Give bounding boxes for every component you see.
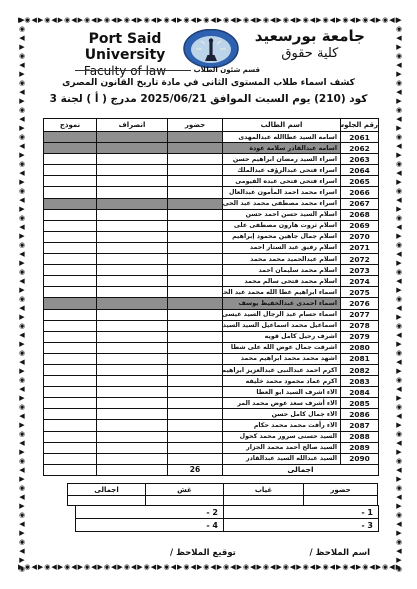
total-label-cell: اجمالى <box>223 464 379 475</box>
seat-cell: 2078 <box>341 320 379 331</box>
attendance-cell <box>168 176 223 187</box>
seat-cell: 2072 <box>341 254 379 265</box>
name-cell: الاء رأفت محمد محمد حكام <box>223 420 341 431</box>
leave-cell <box>97 387 168 398</box>
table-row: 2068اسلام السيد حسن احمد حسن <box>44 209 379 220</box>
seat-cell: 2077 <box>341 309 379 320</box>
attendance-cell <box>168 265 223 276</box>
seat-cell: 2073 <box>341 265 379 276</box>
leave-cell <box>97 165 168 176</box>
attendance-cell <box>168 298 223 309</box>
table-row: 2078اسماعيل محمد اسماعيل السيد السيد اله… <box>44 320 379 331</box>
form-cell <box>44 176 97 187</box>
leave-cell <box>97 265 168 276</box>
seat-cell: 2080 <box>341 342 379 353</box>
students-tbody: 2061اسامه السيد عطاالله عبدالمهدى2062اسا… <box>44 132 379 465</box>
name-cell: اكرم عماد محمود محمد خليفه <box>223 376 341 387</box>
attendance-cell <box>168 198 223 209</box>
attendance-cell <box>168 364 223 375</box>
name-cell: اسماء احمدى عبدالحفيظ يوسف <box>223 298 341 309</box>
leave-cell <box>97 309 168 320</box>
name-header: اسم الطالب <box>223 119 341 132</box>
attendance-cell <box>168 209 223 220</box>
table-row: 2089السيد صالح أحمد محمد الجزار <box>44 442 379 453</box>
table-row: 2086الاء جمال كامل حسن <box>44 409 379 420</box>
attendance-cell <box>168 420 223 431</box>
attendance-cell <box>168 220 223 231</box>
table-row: 2079اشرف رحيل كامل قويه <box>44 331 379 342</box>
attendance-cell <box>168 276 223 287</box>
leave-cell <box>97 420 168 431</box>
form-cell <box>44 265 97 276</box>
seat-cell: 2085 <box>341 398 379 409</box>
seat-cell: 2061 <box>341 132 379 143</box>
leave-cell <box>97 353 168 364</box>
table-row: 2066اسراء محمد احمد المأمون عبدالعال <box>44 187 379 198</box>
name-cell: اسامه عبدالقادر سلامة عودة <box>223 143 341 154</box>
leave-cell <box>97 242 168 253</box>
name-cell: الاء جمال كامل حسن <box>223 409 341 420</box>
department-label: قسم شئون الطلاب <box>194 66 262 74</box>
form-cell <box>44 342 97 353</box>
name-cell: اسلام عبدالحميد محمد محمد <box>223 254 341 265</box>
notes-tbody: 1 -2 -3 -4 - <box>76 506 379 532</box>
name-cell: اسلام السيد حسن احمد حسن <box>223 209 341 220</box>
leave-cell <box>97 143 168 154</box>
form-cell <box>44 409 97 420</box>
leave-cell <box>97 431 168 442</box>
university-name-en: Port Said University <box>55 31 195 63</box>
attendance-cell <box>168 431 223 442</box>
summary-absence-header: غياب <box>224 484 304 496</box>
summary-cheating-header: غش <box>146 484 224 496</box>
table-row: 2090السيد عبدالله السيد عبدالقادر <box>44 453 379 464</box>
name-cell: اسراء فتحى فتحى عبده الفيومى <box>223 176 341 187</box>
name-cell: اسماعيل محمد اسماعيل السيد السيد الهنيدى <box>223 320 341 331</box>
seat-cell: 2076 <box>341 298 379 309</box>
observer-signature-label: توقيع الملاحظ / <box>170 548 236 558</box>
form-cell <box>44 309 97 320</box>
name-cell: اسماء حسام عبد الرجال السيد عيسى <box>223 309 341 320</box>
name-cell: الاء أشرف سعد عوض محمد المر <box>223 398 341 409</box>
seat-cell: 2066 <box>341 187 379 198</box>
seat-cell: 2075 <box>341 287 379 298</box>
seat-cell: 2090 <box>341 453 379 464</box>
seat-cell: 2087 <box>341 420 379 431</box>
notes-table: 1 -2 -3 -4 - <box>75 505 379 532</box>
table-row: 2063اسراء السيد رمضان ابراهيم حسن <box>44 154 379 165</box>
table-row: 2075اسماء ابراهيم عطا الله محمد عبد الحم… <box>44 287 379 298</box>
attendance-sheet-page: ▶◉◀▶◉◀▶◉◀▶◉◀▶◉◀▶◉◀▶◉◀▶◉◀▶◉◀▶◉◀▶◉◀▶◉◀▶◉◀▶… <box>0 0 417 589</box>
name-cell: السيد حسنى سرور محمد كحول <box>223 431 341 442</box>
students-table: رقم الجلوس اسم الطالب حضور انصراف نموذج … <box>43 118 379 476</box>
seat-cell: 2088 <box>341 431 379 442</box>
leave-cell <box>97 209 168 220</box>
attendance-cell <box>168 320 223 331</box>
name-cell: اسراء فتحى عبدالرؤف عبدالملك <box>223 165 341 176</box>
form-cell <box>44 298 97 309</box>
form-cell <box>44 254 97 265</box>
form-cell <box>44 132 97 143</box>
note-cell: 1 - <box>224 506 379 519</box>
form-cell <box>44 198 97 209</box>
seat-cell: 2068 <box>341 209 379 220</box>
form-cell <box>44 220 97 231</box>
seat-cell: 2082 <box>341 364 379 375</box>
table-row: 2080اشرقت جمال عوض الله على شطا <box>44 342 379 353</box>
name-cell: اسلام ثروت هارون مصطفى على <box>223 220 341 231</box>
attendance-cell <box>168 353 223 364</box>
observer-name-label: اسم الملاحظ / <box>310 548 370 558</box>
name-cell: اسامه السيد عطاالله عبدالمهدى <box>223 132 341 143</box>
leave-cell <box>97 409 168 420</box>
attendance-cell <box>168 254 223 265</box>
attendance-cell <box>168 154 223 165</box>
form-cell <box>44 420 97 431</box>
attendance-cell <box>168 143 223 154</box>
leave-cell <box>97 442 168 453</box>
leave-cell <box>97 220 168 231</box>
leave-cell <box>97 187 168 198</box>
note-cell: 2 - <box>76 506 224 519</box>
summary-total-header: اجمالى <box>68 484 146 496</box>
attendance-cell <box>168 342 223 353</box>
leave-cell <box>97 376 168 387</box>
summary-attendance-value <box>304 496 378 506</box>
form-cell <box>44 209 97 220</box>
seat-cell: 2064 <box>341 165 379 176</box>
leave-cell <box>97 298 168 309</box>
summary-total-value <box>68 496 146 506</box>
form-cell <box>44 387 97 398</box>
summary-attendance-header: حضور <box>304 484 378 496</box>
attendance-cell <box>168 409 223 420</box>
total-form-cell <box>44 464 97 475</box>
attendance-cell <box>168 309 223 320</box>
table-row: 2072اسلام عبدالحميد محمد محمد <box>44 254 379 265</box>
form-cell <box>44 331 97 342</box>
decorative-border-top: ▶◉◀▶◉◀▶◉◀▶◉◀▶◉◀▶◉◀▶◉◀▶◉◀▶◉◀▶◉◀▶◉◀▶◉◀▶◉◀▶… <box>18 16 400 25</box>
summary-absence-value <box>224 496 304 506</box>
attendance-cell <box>168 242 223 253</box>
seat-cell: 2084 <box>341 387 379 398</box>
leave-cell <box>97 254 168 265</box>
note-cell: 3 - <box>224 519 379 532</box>
table-row: 2062اسامه عبدالقادر سلامة عودة <box>44 143 379 154</box>
form-header: نموذج <box>44 119 97 132</box>
table-row: 2081اشهد محمد محمد ابراهيم محمد <box>44 353 379 364</box>
divider-line <box>75 70 191 71</box>
leave-cell <box>97 364 168 375</box>
name-cell: اشهد محمد محمد ابراهيم محمد <box>223 353 341 364</box>
table-row: 2067اسراء محمد مصطفى محمد عبد الحى <box>44 198 379 209</box>
seat-cell: 2070 <box>341 231 379 242</box>
seat-cell: 2081 <box>341 353 379 364</box>
seat-cell: 2079 <box>341 331 379 342</box>
leave-header: انصراف <box>97 119 168 132</box>
total-leave-cell <box>97 464 168 475</box>
leave-cell <box>97 342 168 353</box>
table-row: 2077اسماء حسام عبد الرجال السيد عيسى <box>44 309 379 320</box>
seat-cell: 2089 <box>341 442 379 453</box>
leave-cell <box>97 287 168 298</box>
form-cell <box>44 165 97 176</box>
seat-cell: 2083 <box>341 376 379 387</box>
table-row: 2088السيد حسنى سرور محمد كحول <box>44 431 379 442</box>
leave-cell <box>97 132 168 143</box>
form-cell <box>44 398 97 409</box>
form-cell <box>44 287 97 298</box>
form-cell <box>44 353 97 364</box>
name-cell: اسراء محمد احمد المأمون عبدالعال <box>223 187 341 198</box>
attendance-cell <box>168 331 223 342</box>
form-cell <box>44 154 97 165</box>
name-cell: الاء اشرف السيد ابو العطا <box>223 387 341 398</box>
seat-cell: 2063 <box>341 154 379 165</box>
seat-cell: 2069 <box>341 220 379 231</box>
form-cell <box>44 376 97 387</box>
name-cell: اسلام محمد فتحى سالم محمد <box>223 276 341 287</box>
table-row: 2076اسماء احمدى عبدالحفيظ يوسف <box>44 298 379 309</box>
summary-header-row: حضور غياب غش اجمالى <box>68 484 378 496</box>
attendance-header: حضور <box>168 119 223 132</box>
leave-cell <box>97 398 168 409</box>
leave-cell <box>97 320 168 331</box>
name-cell: اسماء ابراهيم عطا الله محمد عبد الحميد <box>223 287 341 298</box>
form-cell <box>44 231 97 242</box>
form-cell <box>44 431 97 442</box>
faculty-name-ar: كلية حقوق <box>255 46 365 61</box>
table-row: 2087الاء رأفت محمد محمد حكام <box>44 420 379 431</box>
leave-cell <box>97 331 168 342</box>
summary-table: حضور غياب غش اجمالى <box>67 483 378 506</box>
table-row: 2065اسراء فتحى فتحى عبده الفيومى <box>44 176 379 187</box>
name-cell: اشرقت جمال عوض الله على شطا <box>223 342 341 353</box>
sheet-title: كشف اسماء طلاب المستوى الثانى في مادة تا… <box>0 78 417 88</box>
table-row: 2070اسلام جمال جاهين محمود إبراهيم <box>44 231 379 242</box>
name-cell: السيد عبدالله السيد عبدالقادر <box>223 453 341 464</box>
attendance-cell <box>168 287 223 298</box>
leave-cell <box>97 198 168 209</box>
leave-cell <box>97 276 168 287</box>
seat-cell: 2071 <box>341 242 379 253</box>
attendance-cell <box>168 165 223 176</box>
leave-cell <box>97 231 168 242</box>
form-cell <box>44 187 97 198</box>
seat-cell: 2067 <box>341 198 379 209</box>
table-row: 2083اكرم عماد محمود محمد خليفه <box>44 376 379 387</box>
name-cell: اكرم احمد عبدالنبى عبدالعزيز ابراهيم <box>223 364 341 375</box>
seat-cell: 2074 <box>341 276 379 287</box>
form-cell <box>44 143 97 154</box>
note-row: 1 -2 - <box>76 506 379 519</box>
attendance-cell <box>168 376 223 387</box>
department-divider: قسم شئون الطلاب <box>75 66 262 74</box>
total-attendance-cell: 26 <box>168 464 223 475</box>
attendance-cell <box>168 442 223 453</box>
sheet-subtitle: كود (210) يوم السبت الموافق 2025/06/21 م… <box>0 93 417 105</box>
form-cell <box>44 320 97 331</box>
table-row: 2064اسراء فتحى عبدالرؤف عبدالملك <box>44 165 379 176</box>
table-row: 2061اسامه السيد عطاالله عبدالمهدى <box>44 132 379 143</box>
form-cell <box>44 442 97 453</box>
attendance-cell <box>168 398 223 409</box>
university-header-arabic: جامعة بورسعيد كلية حقوق <box>255 27 365 61</box>
seat-cell: 2062 <box>341 143 379 154</box>
seat-cell: 2086 <box>341 409 379 420</box>
table-row: 2071اسلام رفيق عبد الستار احمد <box>44 242 379 253</box>
university-name-ar: جامعة بورسعيد <box>255 27 365 45</box>
name-cell: اسلام رفيق عبد الستار احمد <box>223 242 341 253</box>
summary-cheating-value <box>146 496 224 506</box>
decorative-border-bottom: ▶◉◀▶◉◀▶◉◀▶◉◀▶◉◀▶◉◀▶◉◀▶◉◀▶◉◀▶◉◀▶◉◀▶◉◀▶◉◀▶… <box>18 563 400 572</box>
form-cell <box>44 276 97 287</box>
table-header-row: رقم الجلوس اسم الطالب حضور انصراف نموذج <box>44 119 379 132</box>
form-cell <box>44 453 97 464</box>
name-cell: اسراء السيد رمضان ابراهيم حسن <box>223 154 341 165</box>
seat-header: رقم الجلوس <box>341 119 379 132</box>
leave-cell <box>97 154 168 165</box>
attendance-cell <box>168 387 223 398</box>
table-row: 2085الاء أشرف سعد عوض محمد المر <box>44 398 379 409</box>
seat-cell: 2065 <box>341 176 379 187</box>
attendance-cell <box>168 231 223 242</box>
name-cell: اشرف رحيل كامل قويه <box>223 331 341 342</box>
attendance-cell <box>168 453 223 464</box>
name-cell: اسلام محمد سليمان احمد <box>223 265 341 276</box>
leave-cell <box>97 453 168 464</box>
name-cell: السيد صالح أحمد محمد الجزار <box>223 442 341 453</box>
name-cell: اسلام جمال جاهين محمود إبراهيم <box>223 231 341 242</box>
note-row: 3 -4 - <box>76 519 379 532</box>
table-row: 2074اسلام محمد فتحى سالم محمد <box>44 276 379 287</box>
summary-values-row <box>68 496 378 506</box>
total-row: اجمالى 26 <box>44 464 379 475</box>
table-row: 2082اكرم احمد عبدالنبى عبدالعزيز ابراهيم <box>44 364 379 375</box>
note-cell: 4 - <box>76 519 224 532</box>
table-row: 2073اسلام محمد سليمان احمد <box>44 265 379 276</box>
leave-cell <box>97 176 168 187</box>
table-row: 2084الاء اشرف السيد ابو العطا <box>44 387 379 398</box>
attendance-cell <box>168 132 223 143</box>
form-cell <box>44 364 97 375</box>
table-row: 2069اسلام ثروت هارون مصطفى على <box>44 220 379 231</box>
name-cell: اسراء محمد مصطفى محمد عبد الحى <box>223 198 341 209</box>
form-cell <box>44 242 97 253</box>
attendance-cell <box>168 187 223 198</box>
